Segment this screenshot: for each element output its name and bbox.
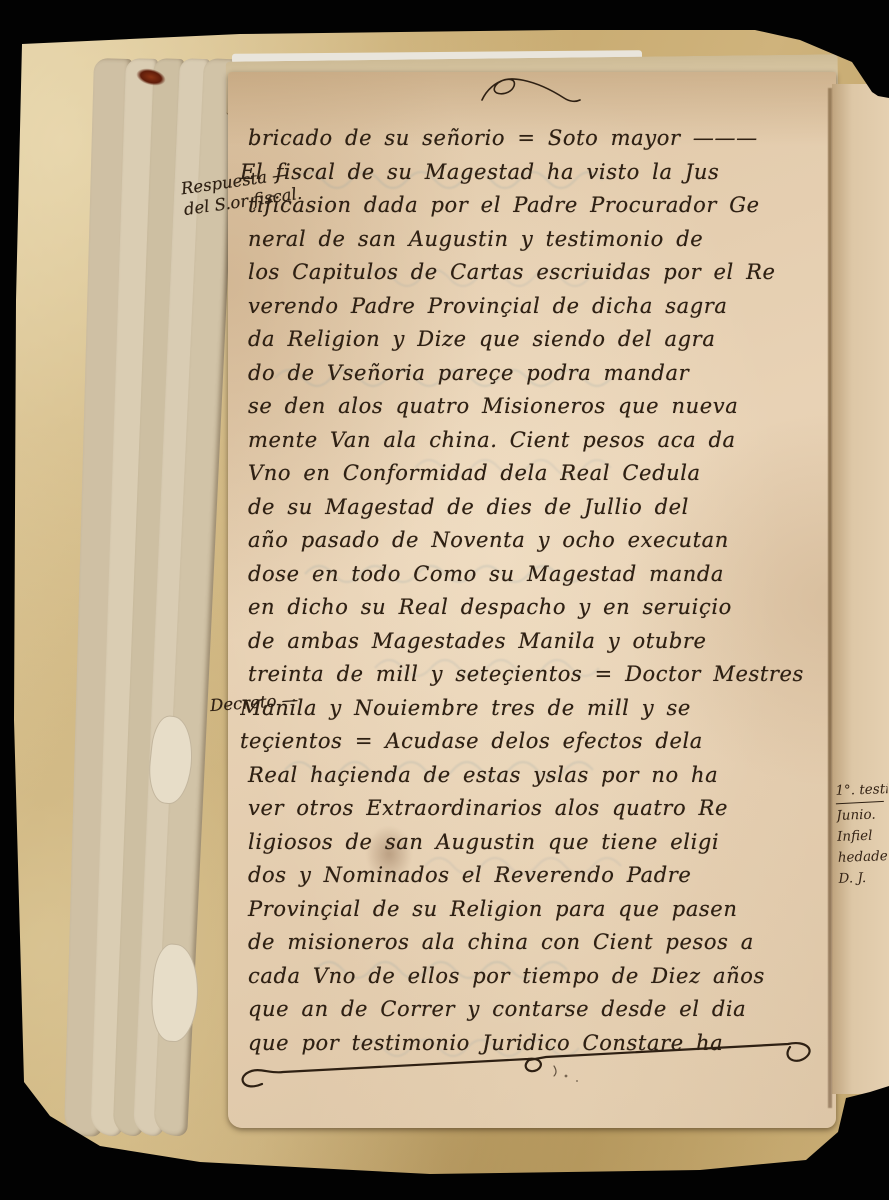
facing-page-text-fragment: 1°. testig [835,779,888,802]
text-line: Vno en Conformidad dela Real Cedula [240,461,832,495]
text-line: en dicho su Real despacho y en seruiçio [240,595,832,629]
text-line: treinta de mill y seteçientos = Doctor M… [240,662,832,696]
text-line: do de Vseñoria pareçe podra mandar [240,361,832,395]
text-line: da Religion y Dize que siendo del agra [240,327,832,361]
text-line: dose en todo Como su Magestad manda [240,562,832,596]
facing-page-text-fragment: Infiel [837,825,889,848]
text-line: El fiscal de su Magestad ha visto la Jus [240,160,832,194]
text-line: ver otros Extraordinarios alos quatro Re [240,796,832,830]
manuscript-photo: Respuesta — del S.or fiscal. Decreto — b… [0,0,889,1200]
text-line: Provinçial de su Religion para que pasen [240,897,832,931]
text-line: de misioneros ala china con Cient pesos … [240,930,832,964]
facing-page-sliver [832,84,889,1094]
text-line: de su Magestad de dies de Jullio del [240,495,832,529]
text-line: cada Vno de ellos por tiempo de Diez año… [240,964,832,998]
text-line: que an de Correr y contarse desde el dia [240,997,832,1031]
text-line: ligiosos de san Augustin que tiene eligi [240,830,832,864]
facing-page-text-fragments: 1°. testig Junio. Infiel hedade D. J. [835,779,889,890]
text-line: bricado de su señorio = Soto mayor ——— [240,126,832,160]
text-line: mente Van ala china. Cient pesos aca da [240,428,832,462]
manuscript-text-block: bricado de su señorio = Soto mayor ——— E… [240,126,832,1064]
text-line: teçientos = Acudase delos efectos dela [240,729,832,763]
text-line: Manila y Nouiembre tres de mill y se [240,696,832,730]
facing-page-text-fragment: Junio. [836,804,889,827]
text-line: verendo Padre Provinçial de dicha sagra [240,294,832,328]
facing-page-text-fragment: D. J. [838,867,889,890]
text-line: año pasado de Noventa y ocho executan [240,528,832,562]
facing-page-text-fragment: hedade [837,846,889,869]
text-line: de ambas Magestades Manila y otubre [240,629,832,663]
text-line: que por testimonio Juridico Constare ha [240,1031,832,1065]
text-line: neral de san Augustin y testimonio de [240,227,832,261]
text-line: tificasion dada por el Padre Procurador … [240,193,832,227]
text-line: dos y Nominados el Reverendo Padre [240,863,832,897]
text-line: Real haçienda de estas yslas por no ha [240,763,832,797]
text-line: los Capitulos de Cartas escriuidas por e… [240,260,832,294]
text-line: se den alos quatro Misioneros que nueva [240,394,832,428]
